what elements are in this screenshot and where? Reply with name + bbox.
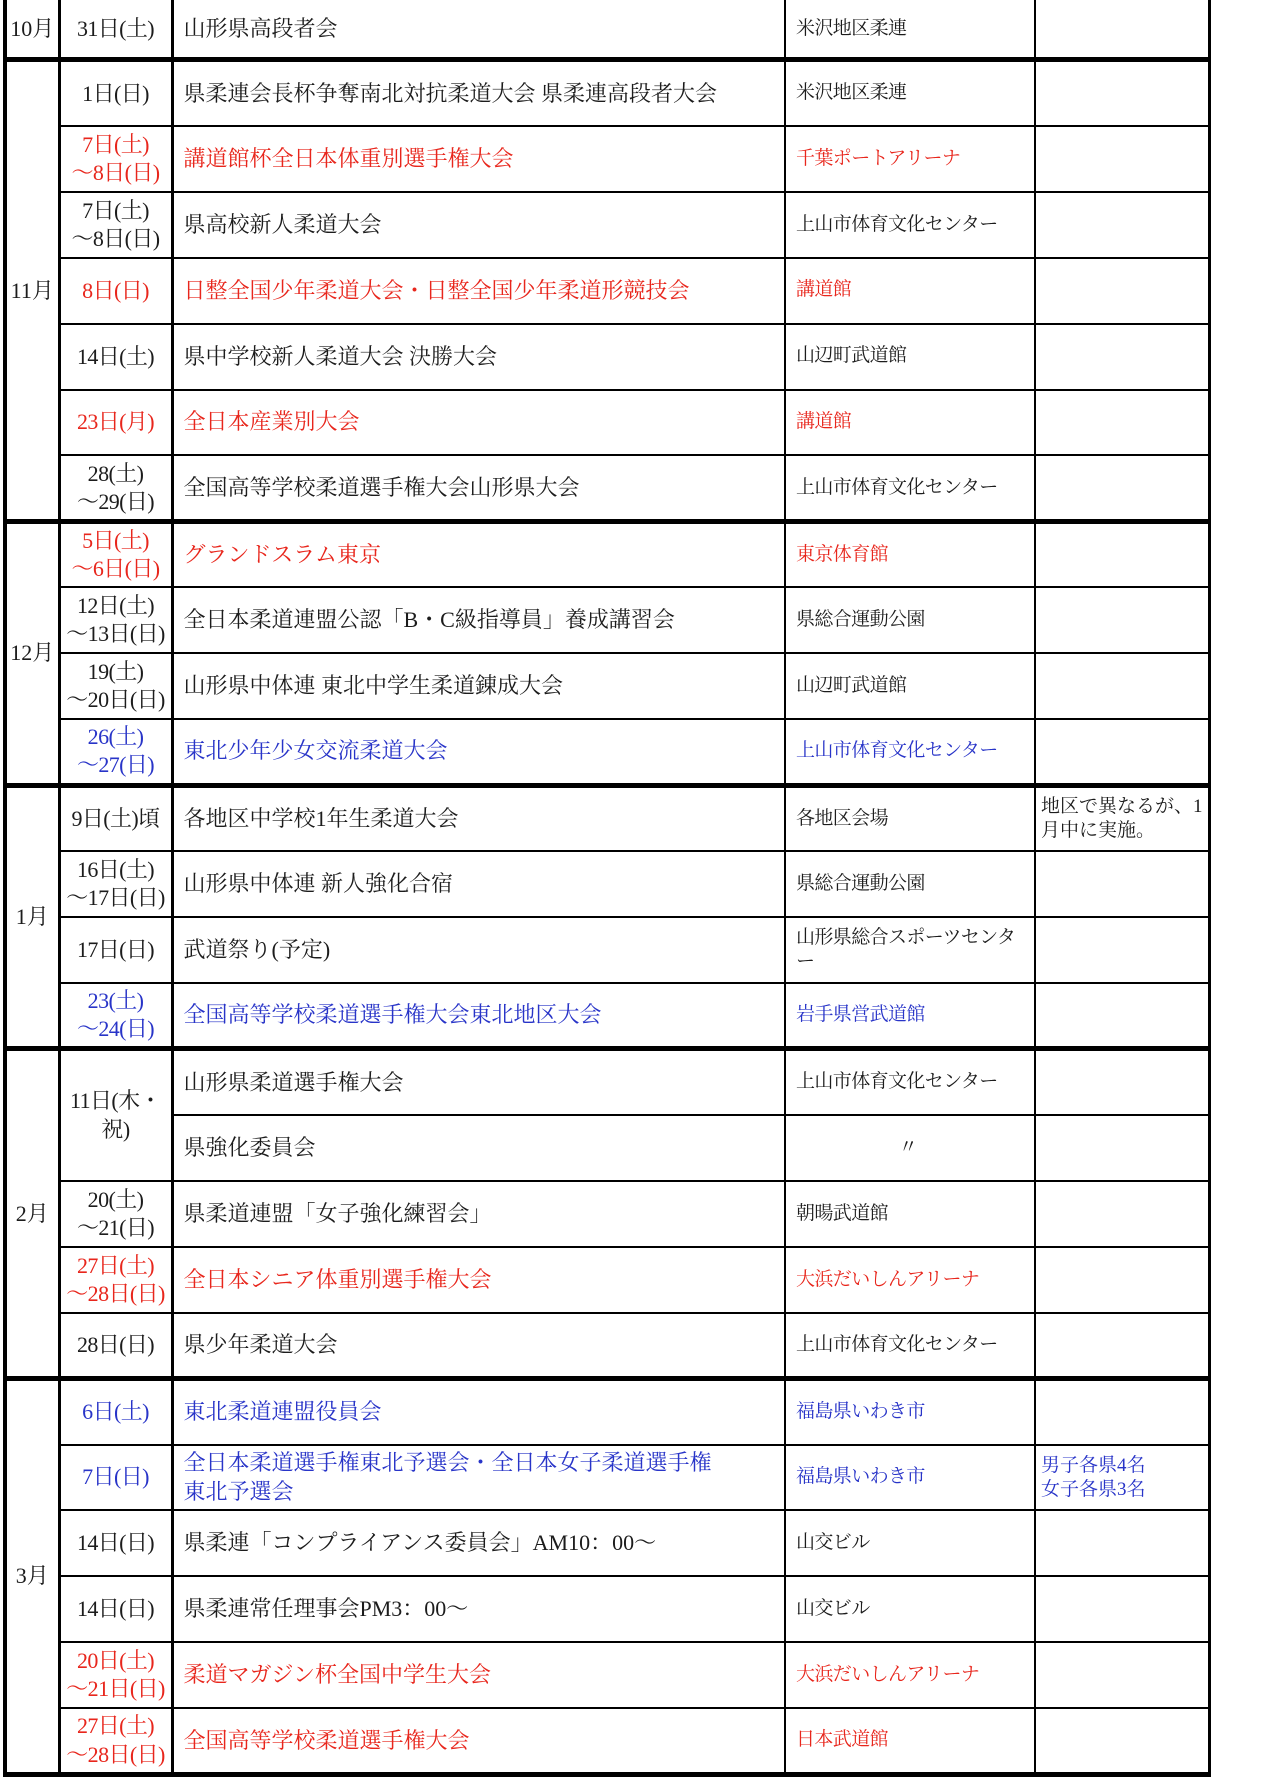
venue-cell: 上山市体育文化センター <box>785 1313 1035 1379</box>
event-cell: 全国高等学校柔道選手権大会 <box>172 1708 785 1774</box>
note-cell <box>1035 1510 1209 1576</box>
event-cell: 武道祭り(予定) <box>172 917 785 983</box>
table-row: 28日(日)県少年柔道大会上山市体育文化センター <box>5 1313 1209 1379</box>
date-cell: 7日(日) <box>59 1445 172 1511</box>
date-cell: 6日(土) <box>59 1379 172 1445</box>
note-cell: 地区で異なるが、1月中に実施。 <box>1035 785 1209 851</box>
venue-cell: 日本武道館 <box>785 1708 1035 1774</box>
event-cell: 全国高等学校柔道選手権大会東北地区大会 <box>172 983 785 1049</box>
note-cell <box>1035 1642 1209 1708</box>
event-cell: 山形県柔道選手権大会 <box>172 1049 785 1115</box>
venue-cell: 県総合運動公園 <box>785 851 1035 917</box>
date-cell: 14日(日) <box>59 1510 172 1576</box>
table-row: 14日(日)県柔連「コンプライアンス委員会」AM10：00〜山交ビル <box>5 1510 1209 1576</box>
table-row: 17日(日)武道祭り(予定)山形県総合スポーツセンター <box>5 917 1209 983</box>
month-cell: 10月 <box>5 0 59 60</box>
event-cell: 全日本柔道選手権東北予選会・全日本女子柔道選手権 東北予選会 <box>172 1445 785 1511</box>
event-cell: 全国高等学校柔道選手権大会山形県大会 <box>172 455 785 521</box>
date-cell: 28(土) 〜29(日) <box>59 455 172 521</box>
date-cell: 11日(木・祝) <box>59 1049 172 1181</box>
date-cell: 16日(土) 〜17日(日) <box>59 851 172 917</box>
date-cell: 19(土) 〜20日(日) <box>59 653 172 719</box>
event-cell: 山形県中体連 新人強化合宿 <box>172 851 785 917</box>
note-cell <box>1035 719 1209 785</box>
table-row: 12月5日(土) 〜6日(日)グランドスラム東京東京体育館 <box>5 521 1209 587</box>
note-cell <box>1035 1576 1209 1642</box>
note-cell <box>1035 1313 1209 1379</box>
date-cell: 20日(土) 〜21日(日) <box>59 1642 172 1708</box>
table-row: 23(土) 〜24(日)全国高等学校柔道選手権大会東北地区大会岩手県営武道館 <box>5 983 1209 1049</box>
note-cell: 男子各県4名 女子各県3名 <box>1035 1445 1209 1511</box>
table-row: 2月11日(木・祝)山形県柔道選手権大会上山市体育文化センター <box>5 1049 1209 1115</box>
table-row: 11月1日(日)県柔連会長杯争奪南北対抗柔道大会 県柔連高段者大会米沢地区柔連 <box>5 60 1209 126</box>
venue-cell: 朝暘武道館 <box>785 1181 1035 1247</box>
venue-cell: 山交ビル <box>785 1510 1035 1576</box>
table-row: 26(土) 〜27(日)東北少年少女交流柔道大会上山市体育文化センター <box>5 719 1209 785</box>
table-row: 20日(土) 〜21日(日)柔道マガジン杯全国中学生大会大浜だいしんアリーナ <box>5 1642 1209 1708</box>
table-row: 10月31日(土)山形県高段者会米沢地区柔連 <box>5 0 1209 60</box>
event-cell: 県少年柔道大会 <box>172 1313 785 1379</box>
event-cell: 東北少年少女交流柔道大会 <box>172 719 785 785</box>
date-cell: 26(土) 〜27(日) <box>59 719 172 785</box>
table-row: 20(土) 〜21(日)県柔道連盟「女子強化練習会」朝暘武道館 <box>5 1181 1209 1247</box>
date-cell: 5日(土) 〜6日(日) <box>59 521 172 587</box>
venue-cell: 山辺町武道館 <box>785 324 1035 390</box>
event-cell: 県中学校新人柔道大会 決勝大会 <box>172 324 785 390</box>
event-cell: 県高校新人柔道大会 <box>172 192 785 258</box>
table-row: 7日(土) 〜8日(日)県高校新人柔道大会上山市体育文化センター <box>5 192 1209 258</box>
event-cell: 全日本シニア体重別選手権大会 <box>172 1247 785 1313</box>
table-row: 23日(月)全日本産業別大会講道館 <box>5 390 1209 456</box>
note-cell <box>1035 1049 1209 1115</box>
venue-cell: 大浜だいしんアリーナ <box>785 1247 1035 1313</box>
table-row: 28(土) 〜29(日)全国高等学校柔道選手権大会山形県大会上山市体育文化センタ… <box>5 455 1209 521</box>
note-cell <box>1035 0 1209 60</box>
event-cell: 講道館杯全日本体重別選手権大会 <box>172 126 785 192</box>
note-cell <box>1035 851 1209 917</box>
note-cell <box>1035 983 1209 1049</box>
event-cell: 県柔道連盟「女子強化練習会」 <box>172 1181 785 1247</box>
date-cell: 20(土) 〜21(日) <box>59 1181 172 1247</box>
date-cell: 23日(月) <box>59 390 172 456</box>
event-cell: グランドスラム東京 <box>172 521 785 587</box>
venue-cell: 米沢地区柔連 <box>785 60 1035 126</box>
date-cell: 7日(土) 〜8日(日) <box>59 126 172 192</box>
table-row: 1月9日(土)頃各地区中学校1年生柔道大会各地区会場地区で異なるが、1月中に実施… <box>5 785 1209 851</box>
table-row: 8日(日)日整全国少年柔道大会・日整全国少年柔道形競技会講道館 <box>5 258 1209 324</box>
venue-cell: 福島県いわき市 <box>785 1445 1035 1511</box>
event-cell: 山形県高段者会 <box>172 0 785 60</box>
note-cell <box>1035 258 1209 324</box>
note-cell <box>1035 587 1209 653</box>
venue-cell: 米沢地区柔連 <box>785 0 1035 60</box>
event-cell: 県柔連会長杯争奪南北対抗柔道大会 県柔連高段者大会 <box>172 60 785 126</box>
table-row: 7日(土) 〜8日(日)講道館杯全日本体重別選手権大会千葉ポートアリーナ <box>5 126 1209 192</box>
event-cell: 柔道マガジン杯全国中学生大会 <box>172 1642 785 1708</box>
event-cell: 日整全国少年柔道大会・日整全国少年柔道形競技会 <box>172 258 785 324</box>
note-cell <box>1035 126 1209 192</box>
note-cell <box>1035 1115 1209 1181</box>
venue-cell: 上山市体育文化センター <box>785 719 1035 785</box>
venue-cell: 東京体育館 <box>785 521 1035 587</box>
note-cell <box>1035 1181 1209 1247</box>
event-cell: 県柔連「コンプライアンス委員会」AM10：00〜 <box>172 1510 785 1576</box>
note-cell <box>1035 521 1209 587</box>
event-cell: 全日本産業別大会 <box>172 390 785 456</box>
note-cell <box>1035 60 1209 126</box>
page: { "colors": { "black": "#1c1c1c", "red":… <box>0 0 1280 1780</box>
table-row: 3月6日(土)東北柔道連盟役員会福島県いわき市 <box>5 1379 1209 1445</box>
note-cell <box>1035 917 1209 983</box>
date-cell: 28日(日) <box>59 1313 172 1379</box>
venue-cell: 福島県いわき市 <box>785 1379 1035 1445</box>
table-row: 27日(土) 〜28日(日)全国高等学校柔道選手権大会日本武道館 <box>5 1708 1209 1774</box>
month-cell: 12月 <box>5 521 59 785</box>
table-row: 14日(土)県中学校新人柔道大会 決勝大会山辺町武道館 <box>5 324 1209 390</box>
date-cell: 9日(土)頃 <box>59 785 172 851</box>
venue-cell: 上山市体育文化センター <box>785 455 1035 521</box>
note-cell <box>1035 192 1209 258</box>
date-cell: 7日(土) 〜8日(日) <box>59 192 172 258</box>
table-row: 県強化委員会〃 <box>5 1115 1209 1181</box>
table-row: 14日(日)県柔連常任理事会PM3：00〜山交ビル <box>5 1576 1209 1642</box>
venue-cell: 上山市体育文化センター <box>785 192 1035 258</box>
schedule-table-body: 10月31日(土)山形県高段者会米沢地区柔連11月1日(日)県柔連会長杯争奪南北… <box>5 0 1209 1775</box>
table-row: 27日(土) 〜28日(日)全日本シニア体重別選手権大会大浜だいしんアリーナ <box>5 1247 1209 1313</box>
venue-cell: 山辺町武道館 <box>785 653 1035 719</box>
event-cell: 県柔連常任理事会PM3：00〜 <box>172 1576 785 1642</box>
venue-cell: 講道館 <box>785 390 1035 456</box>
month-cell: 11月 <box>5 60 59 522</box>
date-cell: 14日(日) <box>59 1576 172 1642</box>
date-cell: 31日(土) <box>59 0 172 60</box>
venue-cell: 山交ビル <box>785 1576 1035 1642</box>
venue-cell: 岩手県営武道館 <box>785 983 1035 1049</box>
table-row: 7日(日)全日本柔道選手権東北予選会・全日本女子柔道選手権 東北予選会福島県いわ… <box>5 1445 1209 1511</box>
month-cell: 2月 <box>5 1049 59 1379</box>
event-cell: 各地区中学校1年生柔道大会 <box>172 785 785 851</box>
date-cell: 1日(日) <box>59 60 172 126</box>
note-cell <box>1035 390 1209 456</box>
date-cell: 14日(土) <box>59 324 172 390</box>
date-cell: 27日(土) 〜28日(日) <box>59 1708 172 1774</box>
venue-cell: 県総合運動公園 <box>785 587 1035 653</box>
note-cell <box>1035 653 1209 719</box>
date-cell: 12日(土) 〜13日(日) <box>59 587 172 653</box>
venue-cell: 講道館 <box>785 258 1035 324</box>
note-cell <box>1035 324 1209 390</box>
event-cell: 東北柔道連盟役員会 <box>172 1379 785 1445</box>
venue-cell: 上山市体育文化センター <box>785 1049 1035 1115</box>
note-cell <box>1035 455 1209 521</box>
date-cell: 27日(土) 〜28日(日) <box>59 1247 172 1313</box>
schedule-table: 10月31日(土)山形県高段者会米沢地区柔連11月1日(日)県柔連会長杯争奪南北… <box>3 0 1211 1777</box>
note-cell <box>1035 1379 1209 1445</box>
month-cell: 3月 <box>5 1379 59 1775</box>
event-cell: 全日本柔道連盟公認「B・C級指導員」養成講習会 <box>172 587 785 653</box>
table-row: 19(土) 〜20日(日)山形県中体連 東北中学生柔道錬成大会山辺町武道館 <box>5 653 1209 719</box>
venue-cell: 各地区会場 <box>785 785 1035 851</box>
date-cell: 8日(日) <box>59 258 172 324</box>
venue-cell: 千葉ポートアリーナ <box>785 126 1035 192</box>
venue-cell: 大浜だいしんアリーナ <box>785 1642 1035 1708</box>
date-cell: 17日(日) <box>59 917 172 983</box>
date-cell: 23(土) 〜24(日) <box>59 983 172 1049</box>
table-row: 12日(土) 〜13日(日)全日本柔道連盟公認「B・C級指導員」養成講習会県総合… <box>5 587 1209 653</box>
venue-cell: 山形県総合スポーツセンター <box>785 917 1035 983</box>
month-cell: 1月 <box>5 785 59 1049</box>
table-row: 16日(土) 〜17日(日)山形県中体連 新人強化合宿県総合運動公園 <box>5 851 1209 917</box>
event-cell: 県強化委員会 <box>172 1115 785 1181</box>
venue-cell: 〃 <box>785 1115 1035 1181</box>
note-cell <box>1035 1247 1209 1313</box>
event-cell: 山形県中体連 東北中学生柔道錬成大会 <box>172 653 785 719</box>
note-cell <box>1035 1708 1209 1774</box>
